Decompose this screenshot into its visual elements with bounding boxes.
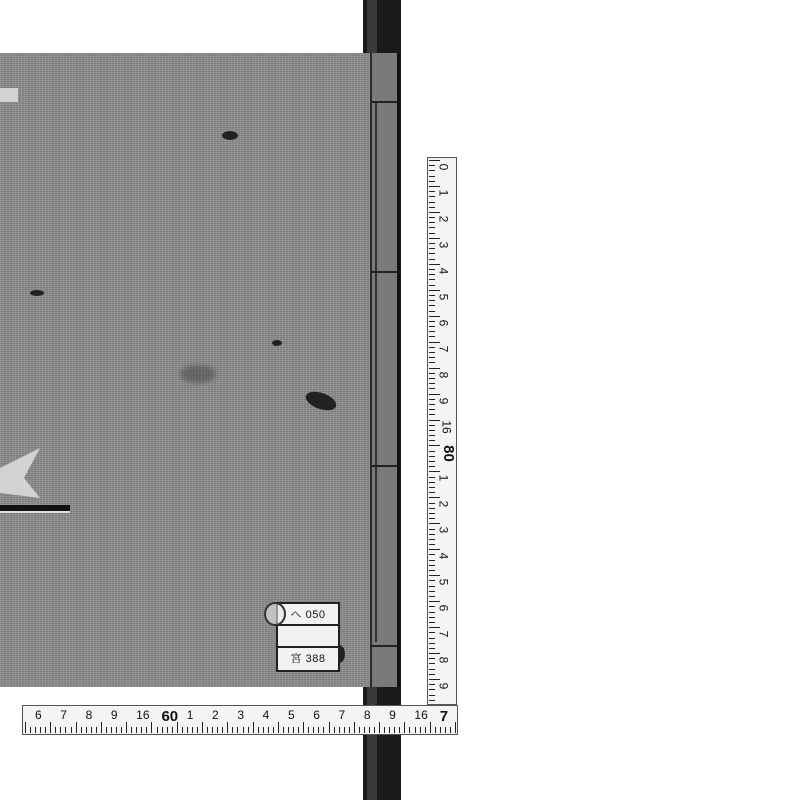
worn-patch	[0, 88, 18, 102]
label-line-1: ヘ 050	[278, 604, 338, 626]
vertical-scale-ruler: 01234567891680123456789	[427, 157, 457, 705]
ruler-label: 5	[436, 579, 450, 586]
ruler-label: 7	[436, 345, 450, 352]
seal-stamp	[264, 602, 286, 626]
ruler-label: 2	[212, 708, 219, 722]
ruler-label: 0	[436, 164, 450, 171]
ruler-label: 80	[440, 446, 457, 463]
ruler-label: 4	[436, 553, 450, 560]
ruler-label: 3	[436, 242, 450, 249]
book-cover: ヘ 050 宮 388	[0, 53, 372, 687]
ruler-label: 6	[436, 605, 450, 612]
stain	[180, 365, 216, 383]
ruler-label: 7	[436, 631, 450, 638]
stain	[30, 290, 44, 296]
ruler-label: 1	[436, 190, 450, 197]
ruler-label: 6	[436, 319, 450, 326]
stain	[272, 340, 282, 346]
label-line-2	[278, 626, 338, 648]
ruler-label: 6	[35, 708, 42, 722]
ruler-label: 8	[86, 708, 93, 722]
shadow-streak	[0, 505, 70, 513]
ruler-label: 5	[288, 708, 295, 722]
ruler-label: 16	[136, 708, 149, 722]
ruler-label: 3	[436, 527, 450, 534]
stain	[222, 131, 238, 140]
book-spine-binding	[370, 53, 400, 687]
ruler-label: 16	[414, 708, 427, 722]
ruler-label: 9	[436, 683, 450, 690]
ruler-label: 9	[389, 708, 396, 722]
ruler-label: 7	[60, 708, 67, 722]
ruler-label: 7	[339, 708, 346, 722]
stain	[303, 388, 339, 414]
ruler-label: 2	[436, 216, 450, 223]
ruler-label: 60	[161, 708, 178, 725]
ruler-label: 9	[111, 708, 118, 722]
ruler-label: 1	[436, 475, 450, 482]
ruler-label: 6	[313, 708, 320, 722]
worn-patch	[0, 448, 40, 498]
ruler-label: 8	[364, 708, 371, 722]
ruler-label: 16	[440, 420, 454, 433]
ruler-label: 7	[440, 708, 448, 725]
ruler-label: 5	[436, 293, 450, 300]
ruler-label: 8	[436, 657, 450, 664]
ruler-label: 8	[436, 371, 450, 378]
ruler-label: 1	[187, 708, 194, 722]
ruler-label: 2	[436, 501, 450, 508]
ruler-label: 9	[436, 397, 450, 404]
ruler-label: 4	[263, 708, 270, 722]
ruler-label: 3	[237, 708, 244, 722]
ruler-label: 4	[436, 267, 450, 274]
label-line-3: 宮 388	[278, 648, 338, 668]
horizontal-scale-ruler: 67891660123456789167	[22, 705, 458, 735]
